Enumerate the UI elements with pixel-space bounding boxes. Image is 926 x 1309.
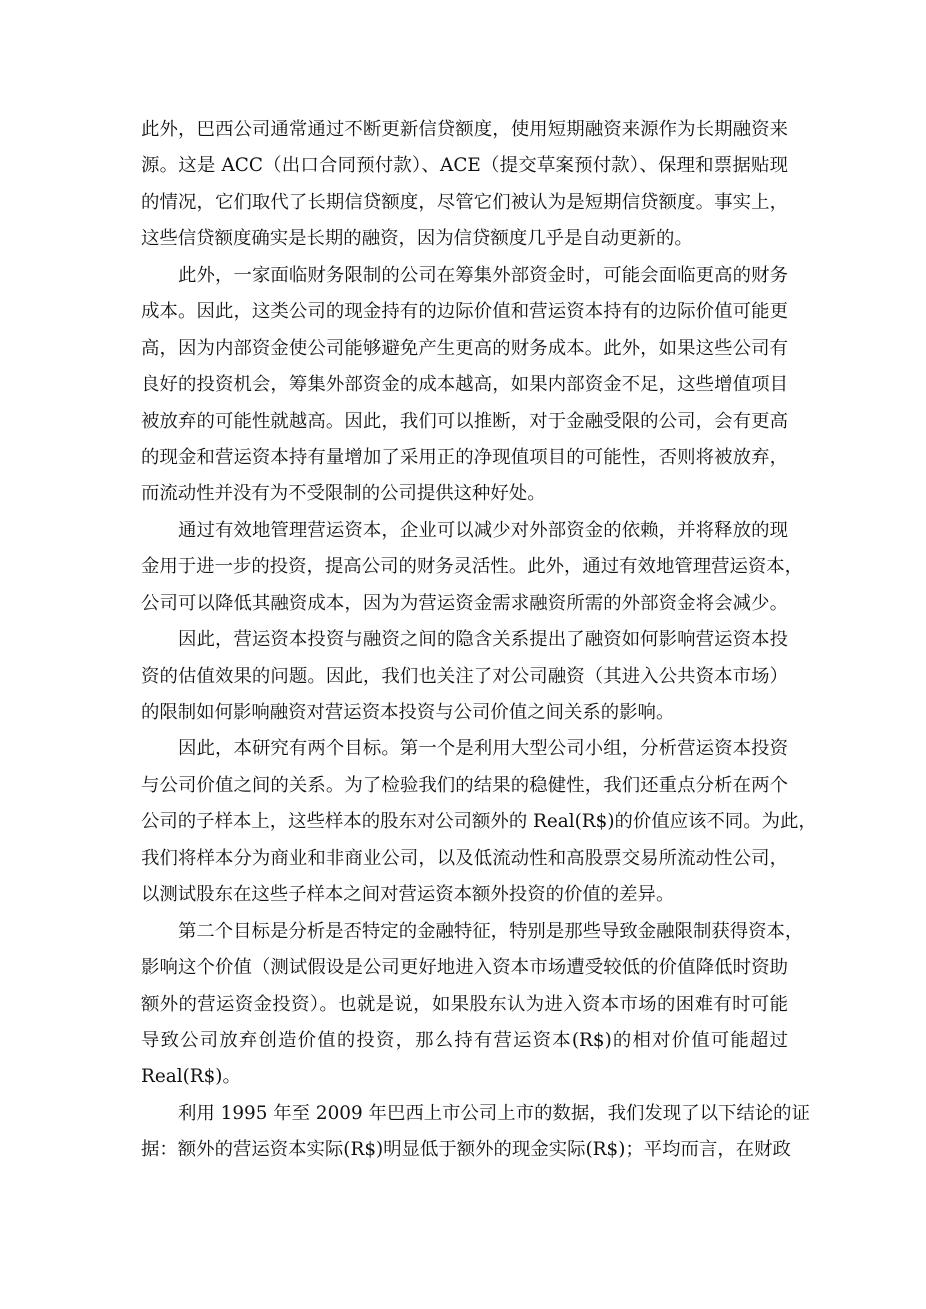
text-line: 第二个目标是分析是否特定的金融特征，特别是那些导致金融限制获得资本，: [141, 914, 788, 950]
text-line: 因此，营运资本投资与融资之间的隐含关系提出了融资如何影响营运资本投: [141, 622, 788, 658]
text-line: 据：额外的营运资本实际(R$)明显低于额外的现金实际(R$)；平均而言，在财政: [141, 1132, 788, 1168]
paragraph-7: 利用 1995 年至 2009 年巴西上市公司上市的数据，我们发现了以下结论的证…: [141, 1096, 788, 1169]
text-line: 此外，一家面临财务限制的公司在筹集外部资金时，可能会面临更高的财务: [141, 258, 788, 294]
text-line: 的限制如何影响融资对营运资本投资与公司价值之间关系的影响。: [141, 695, 788, 731]
text-line: 金用于进一步的投资，提高公司的财务灵活性。此外，通过有效地管理营运资本，: [141, 549, 788, 585]
text-line: 公司可以降低其融资成本，因为为营运资金需求融资所需的外部资金将会减少。: [141, 586, 788, 622]
text-line: 的情况，它们取代了长期信贷额度，尽管它们被认为是短期信贷额度。事实上，: [141, 185, 788, 221]
text-line: 良好的投资机会，筹集外部资金的成本越高，如果内部资金不足，这些增值项目: [141, 367, 788, 403]
text-line: 的现金和营运资本持有量增加了采用正的净现值项目的可能性，否则将被放弃，: [141, 440, 788, 476]
text-line: 这些信贷额度确实是长期的融资，因为信贷额度几乎是自动更新的。: [141, 221, 788, 257]
text-line: 源。这是 ACC（出口合同预付款）、ACE（提交草案预付款）、保理和票据贴现: [141, 148, 788, 184]
text-line: 以测试股东在这些子样本之间对营运资本额外投资的价值的差异。: [141, 877, 788, 913]
text-line: 成本。因此，这类公司的现金持有的边际价值和营运资本持有的边际价值可能更: [141, 294, 788, 330]
text-line: 利用 1995 年至 2009 年巴西上市公司上市的数据，我们发现了以下结论的证: [141, 1096, 788, 1132]
text-line: 导致公司放弃创造价值的投资，那么持有营运资本(R$)的相对价值可能超过: [141, 1023, 788, 1059]
text-line: 与公司价值之间的关系。为了检验我们的结果的稳健性，我们还重点分析在两个: [141, 768, 788, 804]
text-line: 高，因为内部资金使公司能够避免产生更高的财务成本。此外，如果这些公司有: [141, 331, 788, 367]
text-line: 公司的子样本上，这些样本的股东对公司额外的 Real(R$)的价值应该不同。为此…: [141, 804, 788, 840]
document-page: 此外，巴西公司通常通过不断更新信贷额度，使用短期融资来源作为长期融资来 源。这是…: [141, 112, 788, 1169]
text-line: 额外的营运资金投资）。也就是说，如果股东认为进入资本市场的困难有时可能: [141, 987, 788, 1023]
text-line: 被放弃的可能性就越高。因此，我们可以推断，对于金融受限的公司，会有更高: [141, 404, 788, 440]
text-line: 通过有效地管理营运资本，企业可以减少对外部资金的依赖，并将释放的现: [141, 513, 788, 549]
paragraph-2: 此外，一家面临财务限制的公司在筹集外部资金时，可能会面临更高的财务 成本。因此，…: [141, 258, 788, 513]
paragraph-1: 此外，巴西公司通常通过不断更新信贷额度，使用短期融资来源作为长期融资来 源。这是…: [141, 112, 788, 258]
paragraph-6: 第二个目标是分析是否特定的金融特征，特别是那些导致金融限制获得资本， 影响这个价…: [141, 914, 788, 1096]
text-line: Real(R$)。: [141, 1059, 788, 1095]
paragraph-4: 因此，营运资本投资与融资之间的隐含关系提出了融资如何影响营运资本投 资的估值效果…: [141, 622, 788, 731]
text-line: 我们将样本分为商业和非商业公司，以及低流动性和高股票交易所流动性公司，: [141, 841, 788, 877]
text-line: 影响这个价值（测试假设是公司更好地进入资本市场遭受较低的价值降低时资助: [141, 950, 788, 986]
text-line: 资的估值效果的问题。因此，我们也关注了对公司融资（其进入公共资本市场）: [141, 659, 788, 695]
text-line: 因此，本研究有两个目标。第一个是利用大型公司小组，分析营运资本投资: [141, 731, 788, 767]
text-line: 而流动性并没有为不受限制的公司提供这种好处。: [141, 476, 788, 512]
text-line: 此外，巴西公司通常通过不断更新信贷额度，使用短期融资来源作为长期融资来: [141, 112, 788, 148]
paragraph-5: 因此，本研究有两个目标。第一个是利用大型公司小组，分析营运资本投资 与公司价值之…: [141, 731, 788, 913]
paragraph-3: 通过有效地管理营运资本，企业可以减少对外部资金的依赖，并将释放的现 金用于进一步…: [141, 513, 788, 622]
